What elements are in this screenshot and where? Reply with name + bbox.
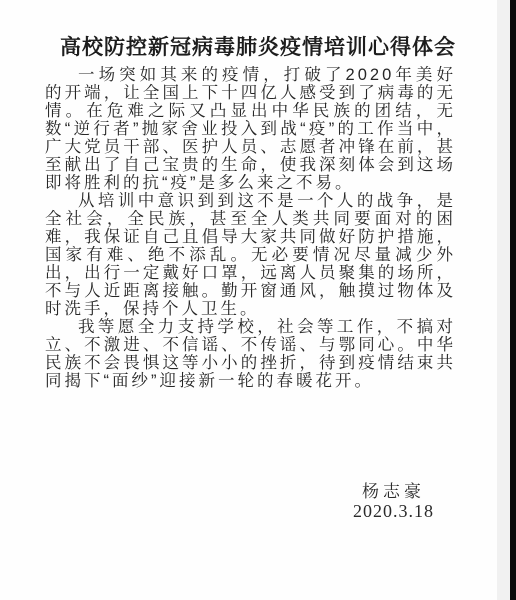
- document-body: 一场突如其来的疫情，打破了2020年美好的开端，让全国上下十四亿人感受到了病毒的…: [45, 66, 456, 390]
- signature-block: 杨志豪 2020.3.18: [353, 482, 434, 521]
- signature-name: 杨志豪: [353, 482, 434, 501]
- paragraph-2: 从培训中意识到到这不是一个人的战争，是全社会，全民族，甚至全人类共同要面对的困难…: [45, 192, 456, 318]
- right-edge-bar: [510, 0, 516, 600]
- document-page: 高校防控新冠病毒肺炎疫情培训心得体会 一场突如其来的疫情，打破了2020年美好的…: [0, 0, 516, 600]
- paragraph-3: 我等愿全力支持学校，社会等工作，不搞对立、不激进、不信谣、不传谣、与鄂同心。中华…: [45, 318, 456, 390]
- signature-date: 2020.3.18: [353, 501, 434, 521]
- paragraph-1: 一场突如其来的疫情，打破了2020年美好的开端，让全国上下十四亿人感受到了病毒的…: [45, 66, 456, 192]
- page-edge-shadow: [497, 0, 510, 600]
- document-title: 高校防控新冠病毒肺炎疫情培训心得体会: [42, 36, 474, 59]
